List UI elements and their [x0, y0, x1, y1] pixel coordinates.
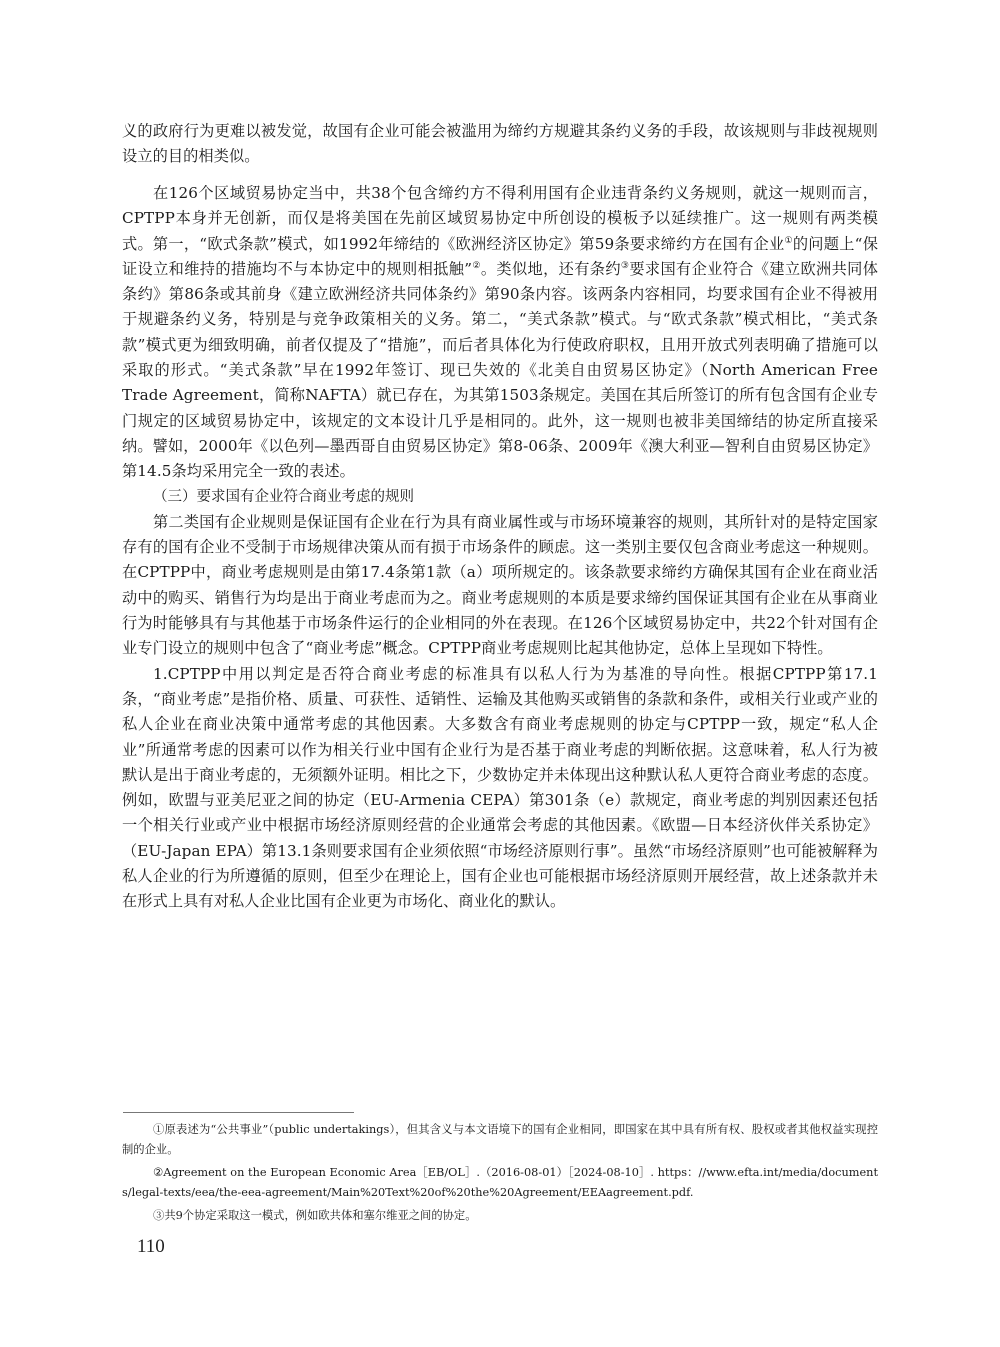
page-number: 110 [137, 1236, 165, 1258]
footnote-marker: ① [153, 1123, 165, 1136]
paragraph-private-benchmark: 1.CPTPP中用以判定是否符合商业考虑的标准具有以私人行为为基准的导向性。根据… [122, 662, 878, 915]
continuation-paragraph: 义的政府行为更难以被发觉，故国有企业可能会被滥用为缔约方规避其条约义务的手段，故… [122, 119, 878, 170]
footnote-1: ①原表述为“公共事业”（public undertakings），但其含义与本文… [122, 1120, 878, 1160]
paragraph-text: 要求国有企业符合《建立欧洲共同体条约》第86条或其前身《建立欧洲经济共同体条约》… [122, 260, 878, 480]
footnote-marker: ③ [153, 1209, 164, 1222]
footnote-2: ②Agreement on the European Economic Area… [122, 1163, 878, 1203]
paragraph-text: 在126个区域贸易协定当中，共38个包含缔约方不得利用国有企业违背条约义务规则，… [122, 184, 878, 253]
main-body: 在126个区域贸易协定当中，共38个包含缔约方不得利用国有企业违背条约义务规则，… [122, 181, 878, 915]
paragraph-text: 义的政府行为更难以被发觉，故国有企业可能会被滥用为缔约方规避其条约义务的手段，故… [122, 119, 878, 170]
paragraph-text: 。类似地，还有条约 [481, 260, 621, 278]
footnote-3: ③共9个协定采取这一模式，例如欧共体和塞尔维亚之间的协定。 [122, 1206, 878, 1226]
footnotes: ①原表述为“公共事业”（public undertakings），但其含义与本文… [122, 1120, 878, 1229]
paragraph-commercial-considerations: 第二类国有企业规则是保证国有企业在行为具有商业属性或与市场环境兼容的规则，其所针… [122, 510, 878, 662]
section-heading: （三）要求国有企业符合商业考虑的规则 [122, 485, 878, 510]
footnote-text: 原表述为“公共事业”（public undertakings），但其含义与本文语… [122, 1123, 878, 1156]
footnote-divider [123, 1112, 354, 1113]
footnote-text[interactable]: Agreement on the European Economic Area［… [122, 1166, 878, 1199]
footnote-ref-1[interactable]: ① [784, 236, 792, 246]
footnote-ref-2[interactable]: ② [472, 261, 481, 271]
footnote-marker: ② [153, 1166, 163, 1179]
paragraph-trade-agreements: 在126个区域贸易协定当中，共38个包含缔约方不得利用国有企业违背条约义务规则，… [122, 181, 878, 485]
footnote-text: 共9个协定采取这一模式，例如欧共体和塞尔维亚之间的协定。 [164, 1209, 476, 1222]
